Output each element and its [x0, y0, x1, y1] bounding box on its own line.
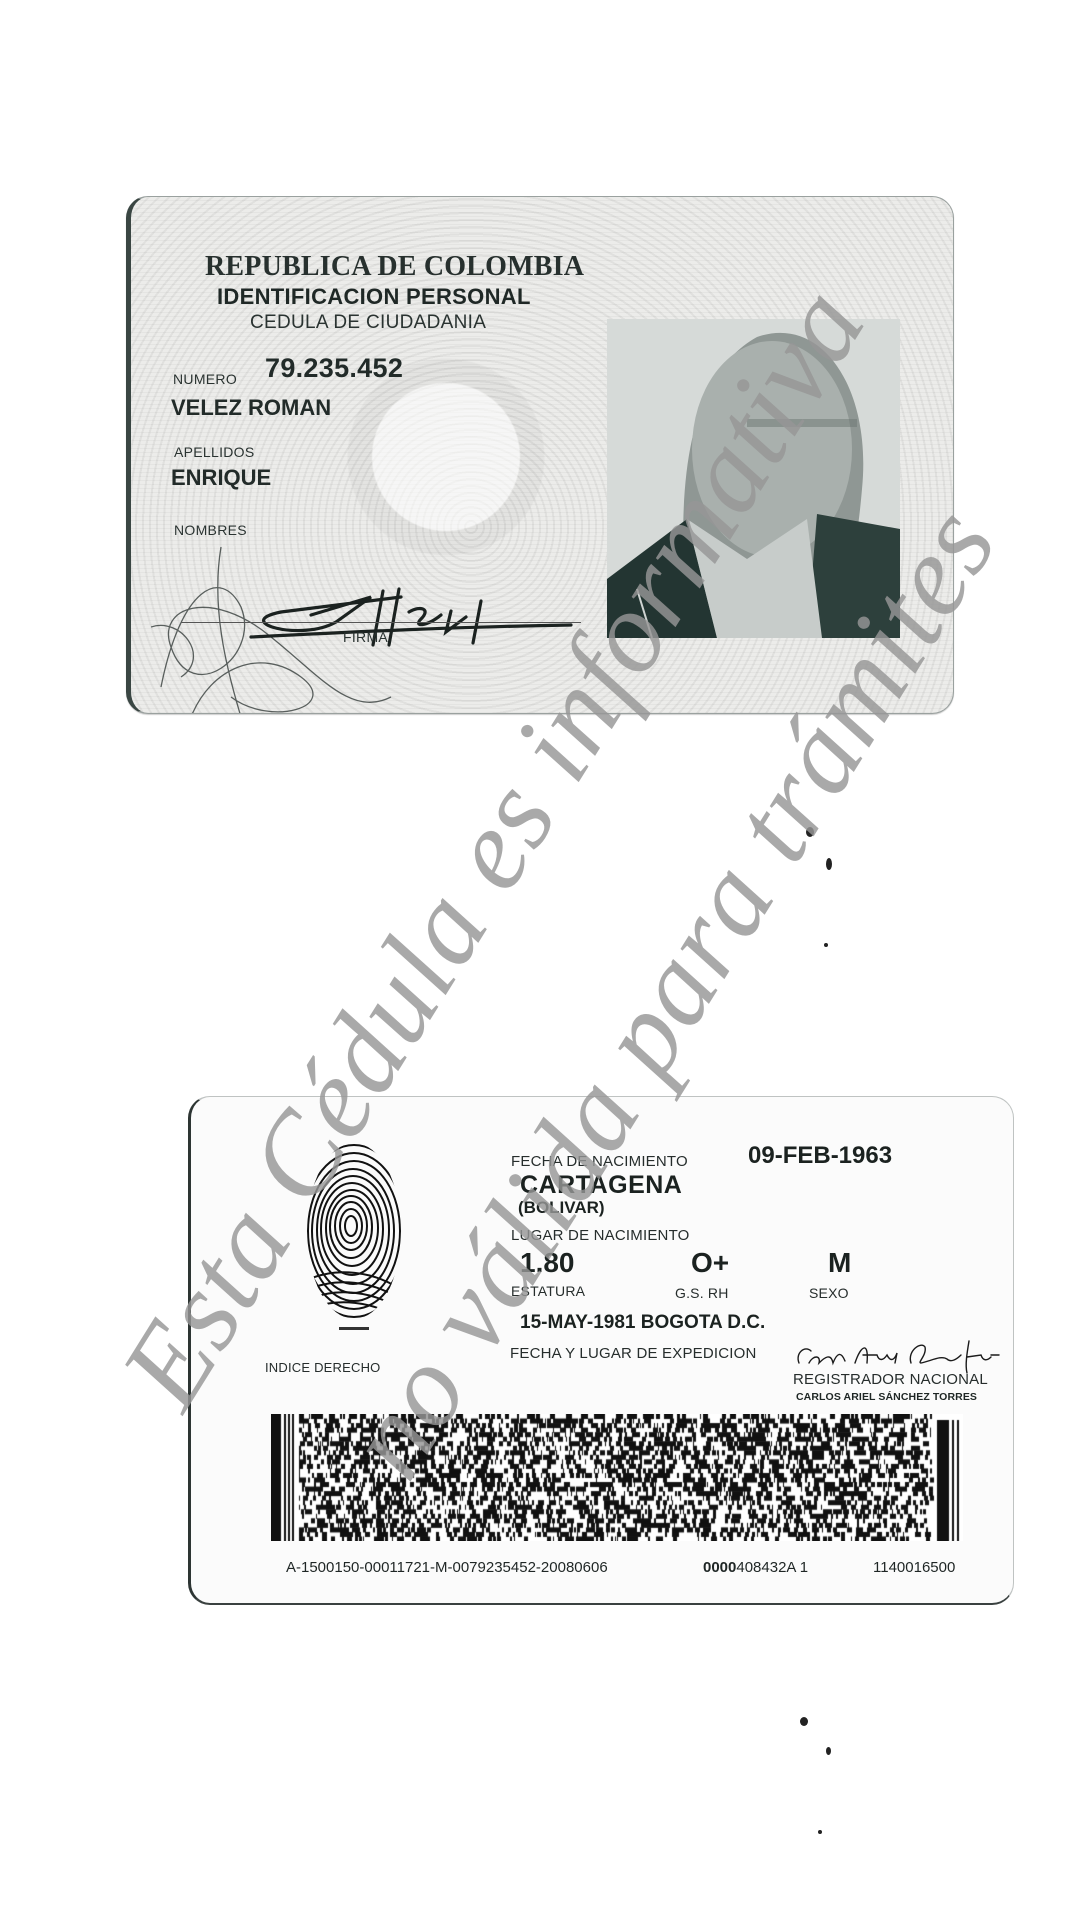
secondary-serial: 1140016500 [873, 1559, 955, 1576]
scan-speck [818, 1830, 822, 1834]
sex-label: SEXO [809, 1285, 849, 1301]
scan-speck [824, 943, 828, 947]
document-code: A-1500150-00011721-M-0079235452-20080606 [286, 1559, 608, 1576]
blood-type-value: O+ [691, 1247, 729, 1279]
registrar-title: REGISTRADOR NACIONAL [793, 1371, 988, 1388]
issue-date-place-value: 15-MAY-1981 BOGOTA D.C. [520, 1312, 765, 1334]
country-title: REPUBLICA DE COLOMBIA [205, 251, 584, 283]
given-names-value: ENRIQUE [171, 465, 271, 491]
surnames-value: VELEZ ROMAN [171, 395, 331, 421]
serial-number: 0000408432A 1 [703, 1559, 808, 1576]
scan-speck [800, 1717, 808, 1726]
sex-value: M [828, 1247, 851, 1279]
scan-speck [826, 1747, 831, 1755]
fingerprint-caption [339, 1327, 369, 1330]
document-type: CEDULA DE CIUDADANIA [250, 312, 486, 334]
signature-line [181, 622, 581, 623]
registrar-name: CARLOS ARIEL SÁNCHEZ TORRES [796, 1391, 977, 1403]
id-subtitle: IDENTIFICACION PERSONAL [217, 284, 531, 310]
birth-date-value: 09-FEB-1963 [748, 1142, 892, 1170]
issue-date-place-label: FECHA Y LUGAR DE EXPEDICION [510, 1345, 757, 1362]
surnames-label: APELLIDOS [174, 444, 255, 460]
serial-number-rest: 408432A 1 [736, 1559, 808, 1576]
serial-number-bold: 0000 [703, 1559, 736, 1576]
blood-type-label: G.S. RH [675, 1285, 729, 1301]
numero-label: NUMERO [173, 371, 237, 387]
signature-label: FIRMA [343, 629, 388, 645]
id-number: 79.235.452 [265, 353, 403, 384]
